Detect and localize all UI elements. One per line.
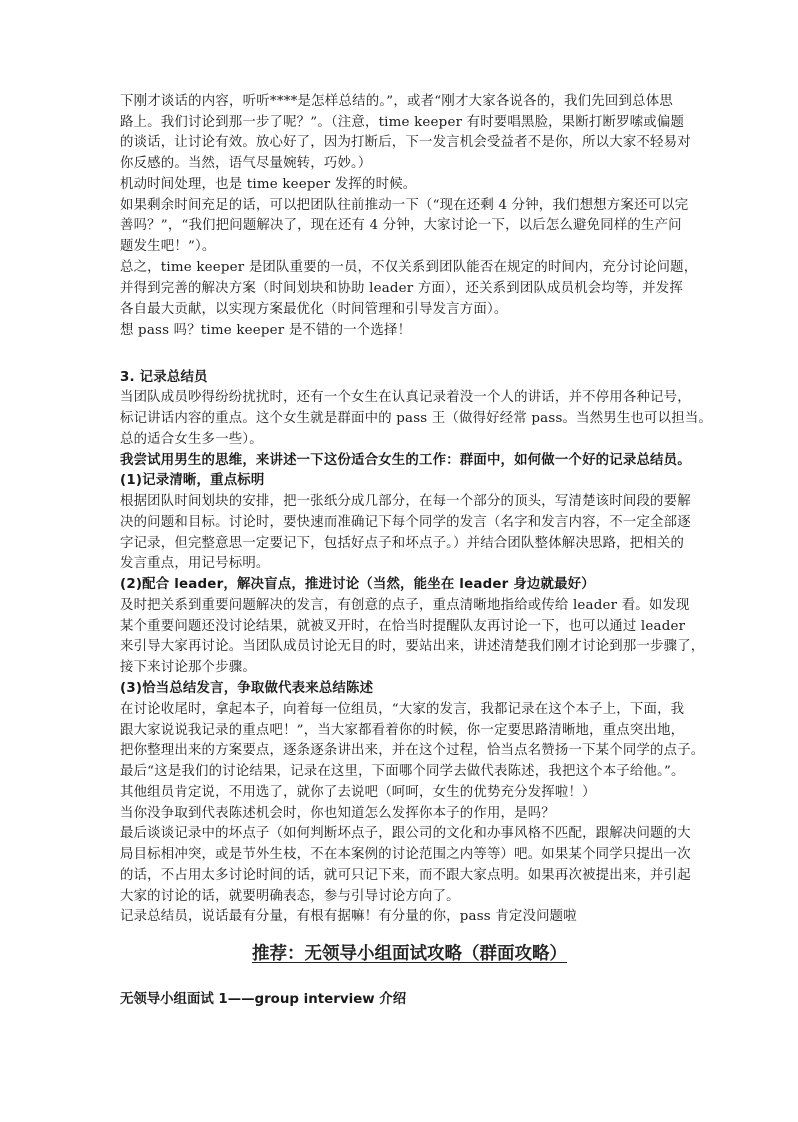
paragraph-line: 当你没争取到代表陈述机会时，你也知道怎么发挥你本子的作用，是吗？ [120, 804, 673, 825]
paragraph-line: 决的问题和目标。讨论时，要快速而准确记下每个同学的发言（名字和发言内容，不一定全… [120, 513, 673, 534]
paragraph-line: 并得到完善的解决方案（时间划块和协助 leader 方面），还关系到团队成员机会… [120, 279, 673, 300]
subheading-point2: (2)配合 leader，解决盲点，推进讨论（当然，能坐在 leader 身边就… [120, 575, 673, 596]
paragraph-line: 机动时间处理，也是 time keeper 发挥的时候。 [120, 175, 673, 196]
paragraph-line: 跟大家说说我记录的重点吧！”，当大家都看着你的时候，你一定要思路清晰地，重点突出… [120, 721, 673, 742]
paragraph-line: 路上。我们讨论到那一步了呢？”。（注意，time keeper 有时要唱黑脸，果… [120, 113, 673, 134]
paragraph-line: 及时把关系到重要问题解决的发言，有创意的点子，重点清晰地指给或传给 leader… [120, 596, 673, 617]
subheading-point3: (3)恰当总结发言，争取做代表来总结陈述 [120, 679, 673, 700]
paragraph-line: 的谈话，让讨论有效。放心好了，因为打断后，下一发言机会受益者不是你，所以大家不轻… [120, 133, 673, 154]
section-heading: 3. 记录总结员 [120, 368, 673, 389]
paragraph-line: 善吗？”，“我们把问题解决了，现在还有 4 分钟，大家讨论一下，以后怎么避免同样… [120, 216, 673, 237]
paragraph-line: 接下来讨论那个步骤。 [120, 658, 673, 679]
lead-statement: 我尝试用男生的思维，来讲述一下这份适合女生的工作：群面中，如何做一个好的记录总结… [120, 451, 673, 472]
paragraph-line: 当团队成员吵得纷纷扰扰时，还有一个女生在认真记录着没一个人的讲话，并不停用各种记… [120, 388, 673, 409]
recommend-subtitle: 无领导小组面试 1——group interview 介绍 [120, 990, 406, 1010]
paragraph-line: 记录总结员，说话最有分量，有根有据嘛！有分量的你，pass 肯定没问题啦 [120, 907, 673, 928]
paragraph-line: 把你整理出来的方案要点，逐条逐条讲出来，并在这个过程，恰当点名赞扬一下某个同学的… [120, 741, 673, 762]
paragraph-line: 根据团队时间划块的安排，把一张纸分成几部分，在每一个部分的顶头，写清楚该时间段的… [120, 492, 673, 513]
paragraph-line: 题发生吧！”）。 [120, 237, 673, 258]
document-page: 下刚才谈话的内容，听听****是怎样总结的。”，或者“刚才大家各说各的，我们先回… [0, 0, 798, 1122]
paragraph-line: 在讨论收尾时，拿起本子，向着每一位组员，“大家的发言，我都记录在这个本子上，下面… [120, 700, 673, 721]
subheading-point1: (1)记录清晰，重点标明 [120, 471, 673, 492]
paragraph-line: 某个重要问题还没讨论结果，就被叉开时，在恰当时提醒队友再讨论一下，也可以通过 l… [120, 617, 673, 638]
paragraph-line: 你反感的。当然，语气尽量婉转，巧妙。） [120, 154, 673, 175]
paragraph-line: 想 pass 吗？time keeper 是不错的一个选择！ [120, 321, 673, 342]
paragraph-line: 大家的讨论的话，就要明确表态，参与引导讨论方向了。 [120, 887, 673, 908]
paragraph-line: 如果剩余时间充足的话，可以把团队往前推动一下（“现在还剩 4 分钟，我们想想方案… [120, 196, 673, 217]
paragraph-line: 局目标相冲突，或是节外生枝，不在本案例的讨论范围之内等等）吧。如果某个同学只提出… [120, 845, 673, 866]
paragraph-line: 最后谈谈记录中的坏点子（如何判断坏点子，跟公司的文化和办事风格不匹配，跟解决问题… [120, 824, 673, 845]
recommend-title-link[interactable]: 推荐：无领导小组面试攻略（群面攻略） [252, 942, 567, 966]
paragraph-line: 总的适合女生多一些）。 [120, 430, 673, 451]
paragraph-line: 各自最大贡献，以实现方案最优化（时间管理和引导发言方面）。 [120, 300, 673, 321]
paragraph-line: 字记录，但完整意思一定要记下，包括好点子和坏点子。）并结合团队整体解决思路，把相… [120, 534, 673, 555]
paragraph-line: 总之，time keeper 是团队重要的一员，不仅关系到团队能否在规定的时间内… [120, 258, 673, 279]
paragraph-line: 来引导大家再讨论。当团队成员讨论无目的时，要站出来，讲述清楚我们刚才讨论到那一步… [120, 637, 673, 658]
paragraph-line: 最后“这是我们的讨论结果，记录在这里，下面哪个同学去做代表陈述，我把这个本子给他… [120, 762, 673, 783]
paragraph-line: 标记讲话内容的重点。这个女生就是群面中的 pass 王（做得好经常 pass。当… [120, 409, 673, 430]
paragraph-line: 下刚才谈话的内容，听听****是怎样总结的。”，或者“刚才大家各说各的，我们先回… [120, 92, 673, 113]
paragraph-line: 发言重点，用记号标明。 [120, 554, 673, 575]
paragraph-line: 的话，不占用太多讨论时间的话，就可只记下来，而不跟大家点明。如果再次被提出来，并… [120, 866, 673, 887]
paragraph-line: 其他组员肯定说，不用选了，就你了去说吧（呵呵，女生的优势充分发挥啦！） [120, 783, 673, 804]
